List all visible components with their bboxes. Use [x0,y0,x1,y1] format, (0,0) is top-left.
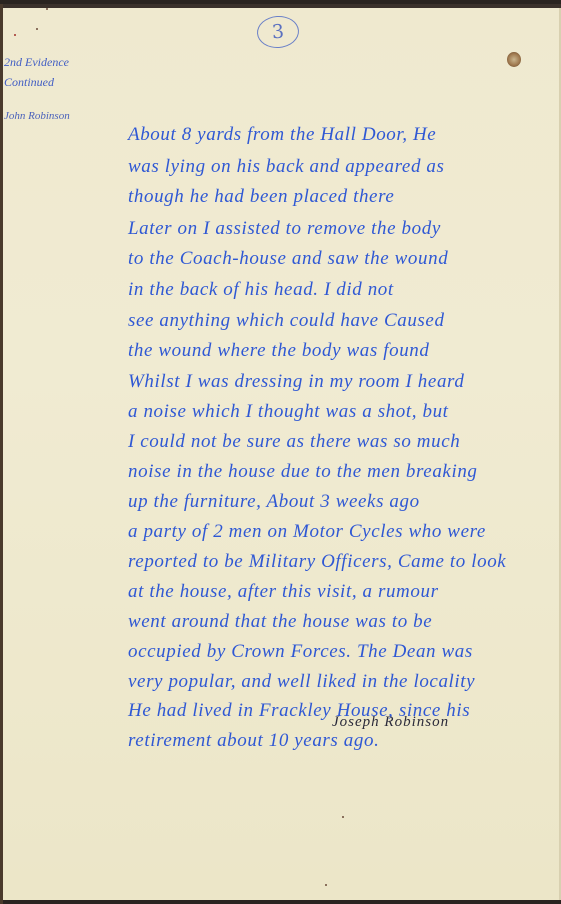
text-line: though he had been placed there [128,186,394,208]
text-line: went around that the house was to be [128,611,432,633]
page-number: 3 [256,15,300,50]
margin-heading: 2nd Evidence [4,52,104,72]
paper-speck [14,34,16,36]
text-line: retirement about 10 years ago. [128,730,379,752]
text-line: Later on I assisted to remove the body [128,218,441,240]
text-line: a noise which I thought was a shot, but [128,401,449,423]
scan-top-edge [0,4,561,8]
margin-witness-name: John Robinson [4,106,104,126]
paper-speck [325,884,327,886]
scan-left-edge [0,4,3,900]
text-line: noise in the house due to the men breaki… [128,461,478,483]
text-line: I could not be sure as there was so much [128,431,460,453]
punch-hole-icon [507,52,521,67]
margin-notes: 2nd Evidence Continued John Robinson [4,52,104,126]
text-line: About 8 yards from the Hall Door, He [128,124,436,146]
signature: Joseph Robinson [332,714,449,731]
text-line: a party of 2 men on Motor Cycles who wer… [128,521,486,543]
text-line: to the Coach-house and saw the wound [128,248,448,270]
margin-continued: Continued [4,72,104,92]
text-line: was lying on his back and appeared as [128,156,445,178]
text-line: see anything which could have Caused [128,310,445,332]
paper-speck [342,816,344,818]
text-line: very popular, and well liked in the loca… [128,671,475,693]
text-line: Whilst I was dressing in my room I heard [128,371,464,393]
text-line: reported to be Military Officers, Came t… [128,551,506,573]
text-line: at the house, after this visit, a rumour [128,581,439,603]
document-page: 3 2nd Evidence Continued John Robinson A… [0,4,561,900]
paper-speck [36,28,38,30]
text-line: occupied by Crown Forces. The Dean was [128,641,473,663]
text-line: in the back of his head. I did not [128,279,394,301]
paper-speck [46,8,48,10]
text-line: up the furniture, About 3 weeks ago [128,491,420,513]
text-line: the wound where the body was found [128,340,430,362]
